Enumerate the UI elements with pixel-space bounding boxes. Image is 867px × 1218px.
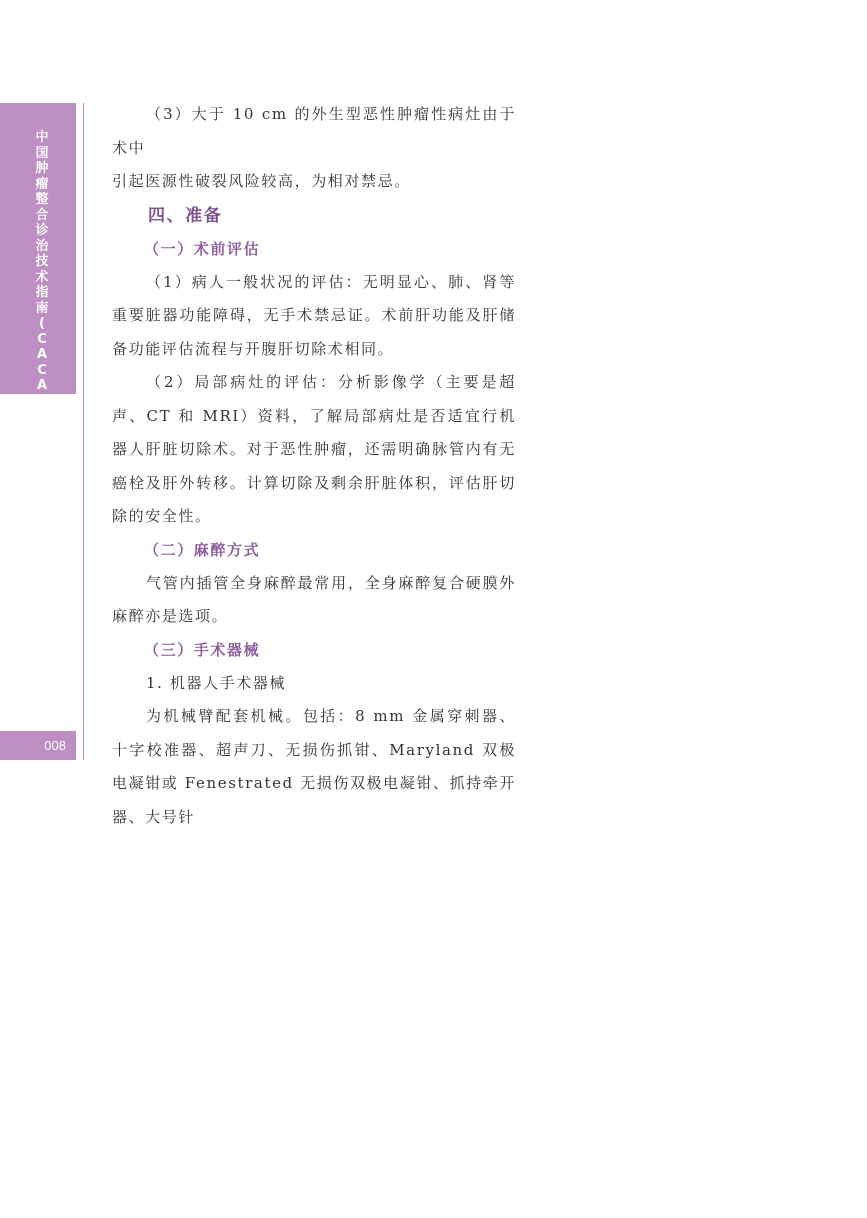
subsection-heading: （二）麻醉方式 [112,534,516,567]
title-char: ( [39,316,45,331]
page-number: 008 [44,738,66,753]
title-char: 合 [35,208,48,223]
title-char: 诊 [35,223,48,238]
title-char: A [37,378,47,393]
title-char: 国 [35,146,48,161]
body-text: （3）大于 10 cm 的外生型恶性肿瘤性病灶由于术中引起医源性破裂风险较高，为… [112,98,516,834]
sidebar-book-title: 中 国 肿 瘤 整 合 诊 治 技 术 指 南 ( C A C A ) [34,130,50,409]
title-char: 术 [35,270,48,285]
text-line: （3）大于 10 cm 的外生型恶性肿瘤性病灶由于术中 [112,105,516,157]
subsection-heading: （三）手术器械 [112,634,516,667]
title-char: 南 [35,301,48,316]
paragraph-instruments: 为机械臂配套机械。包括：8 mm 金属穿刺器、十字校准器、超声刀、无损伤抓钳、M… [112,700,516,834]
title-char: 瘤 [35,177,48,192]
title-char: 指 [35,285,48,300]
paragraph-local-assessment: （2）局部病灶的评估：分析影像学（主要是超声、CT 和 MRI）资料，了解局部病… [112,366,516,534]
title-char: 整 [35,192,48,207]
title-char: A [37,347,47,362]
margin-rule [83,103,84,760]
paragraph-anesthesia: 气管内插管全身麻醉最常用，全身麻醉复合硬膜外麻醉亦是选项。 [112,567,516,634]
title-char: 肿 [35,161,48,176]
title-char: C [37,363,47,378]
paragraph-contraindication-3: （3）大于 10 cm 的外生型恶性肿瘤性病灶由于术中引起医源性破裂风险较高，为… [112,98,516,199]
title-char: 治 [35,239,48,254]
title-char: C [37,332,47,347]
item-heading: 1. 机器人手术器械 [112,667,516,701]
subsection-heading: （一）术前评估 [112,233,516,266]
title-char: 技 [35,254,48,269]
section-heading: 四、准备 [112,199,516,233]
title-char: ) [39,394,45,409]
title-char: 中 [35,130,48,145]
page-number-box: 008 [0,731,76,760]
paragraph-general-assessment: （1）病人一般状况的评估：无明显心、肺、肾等重要脏器功能障碍，无手术禁忌证。术前… [112,266,516,367]
text-line: 引起医源性破裂风险较高，为相对禁忌。 [78,165,411,199]
